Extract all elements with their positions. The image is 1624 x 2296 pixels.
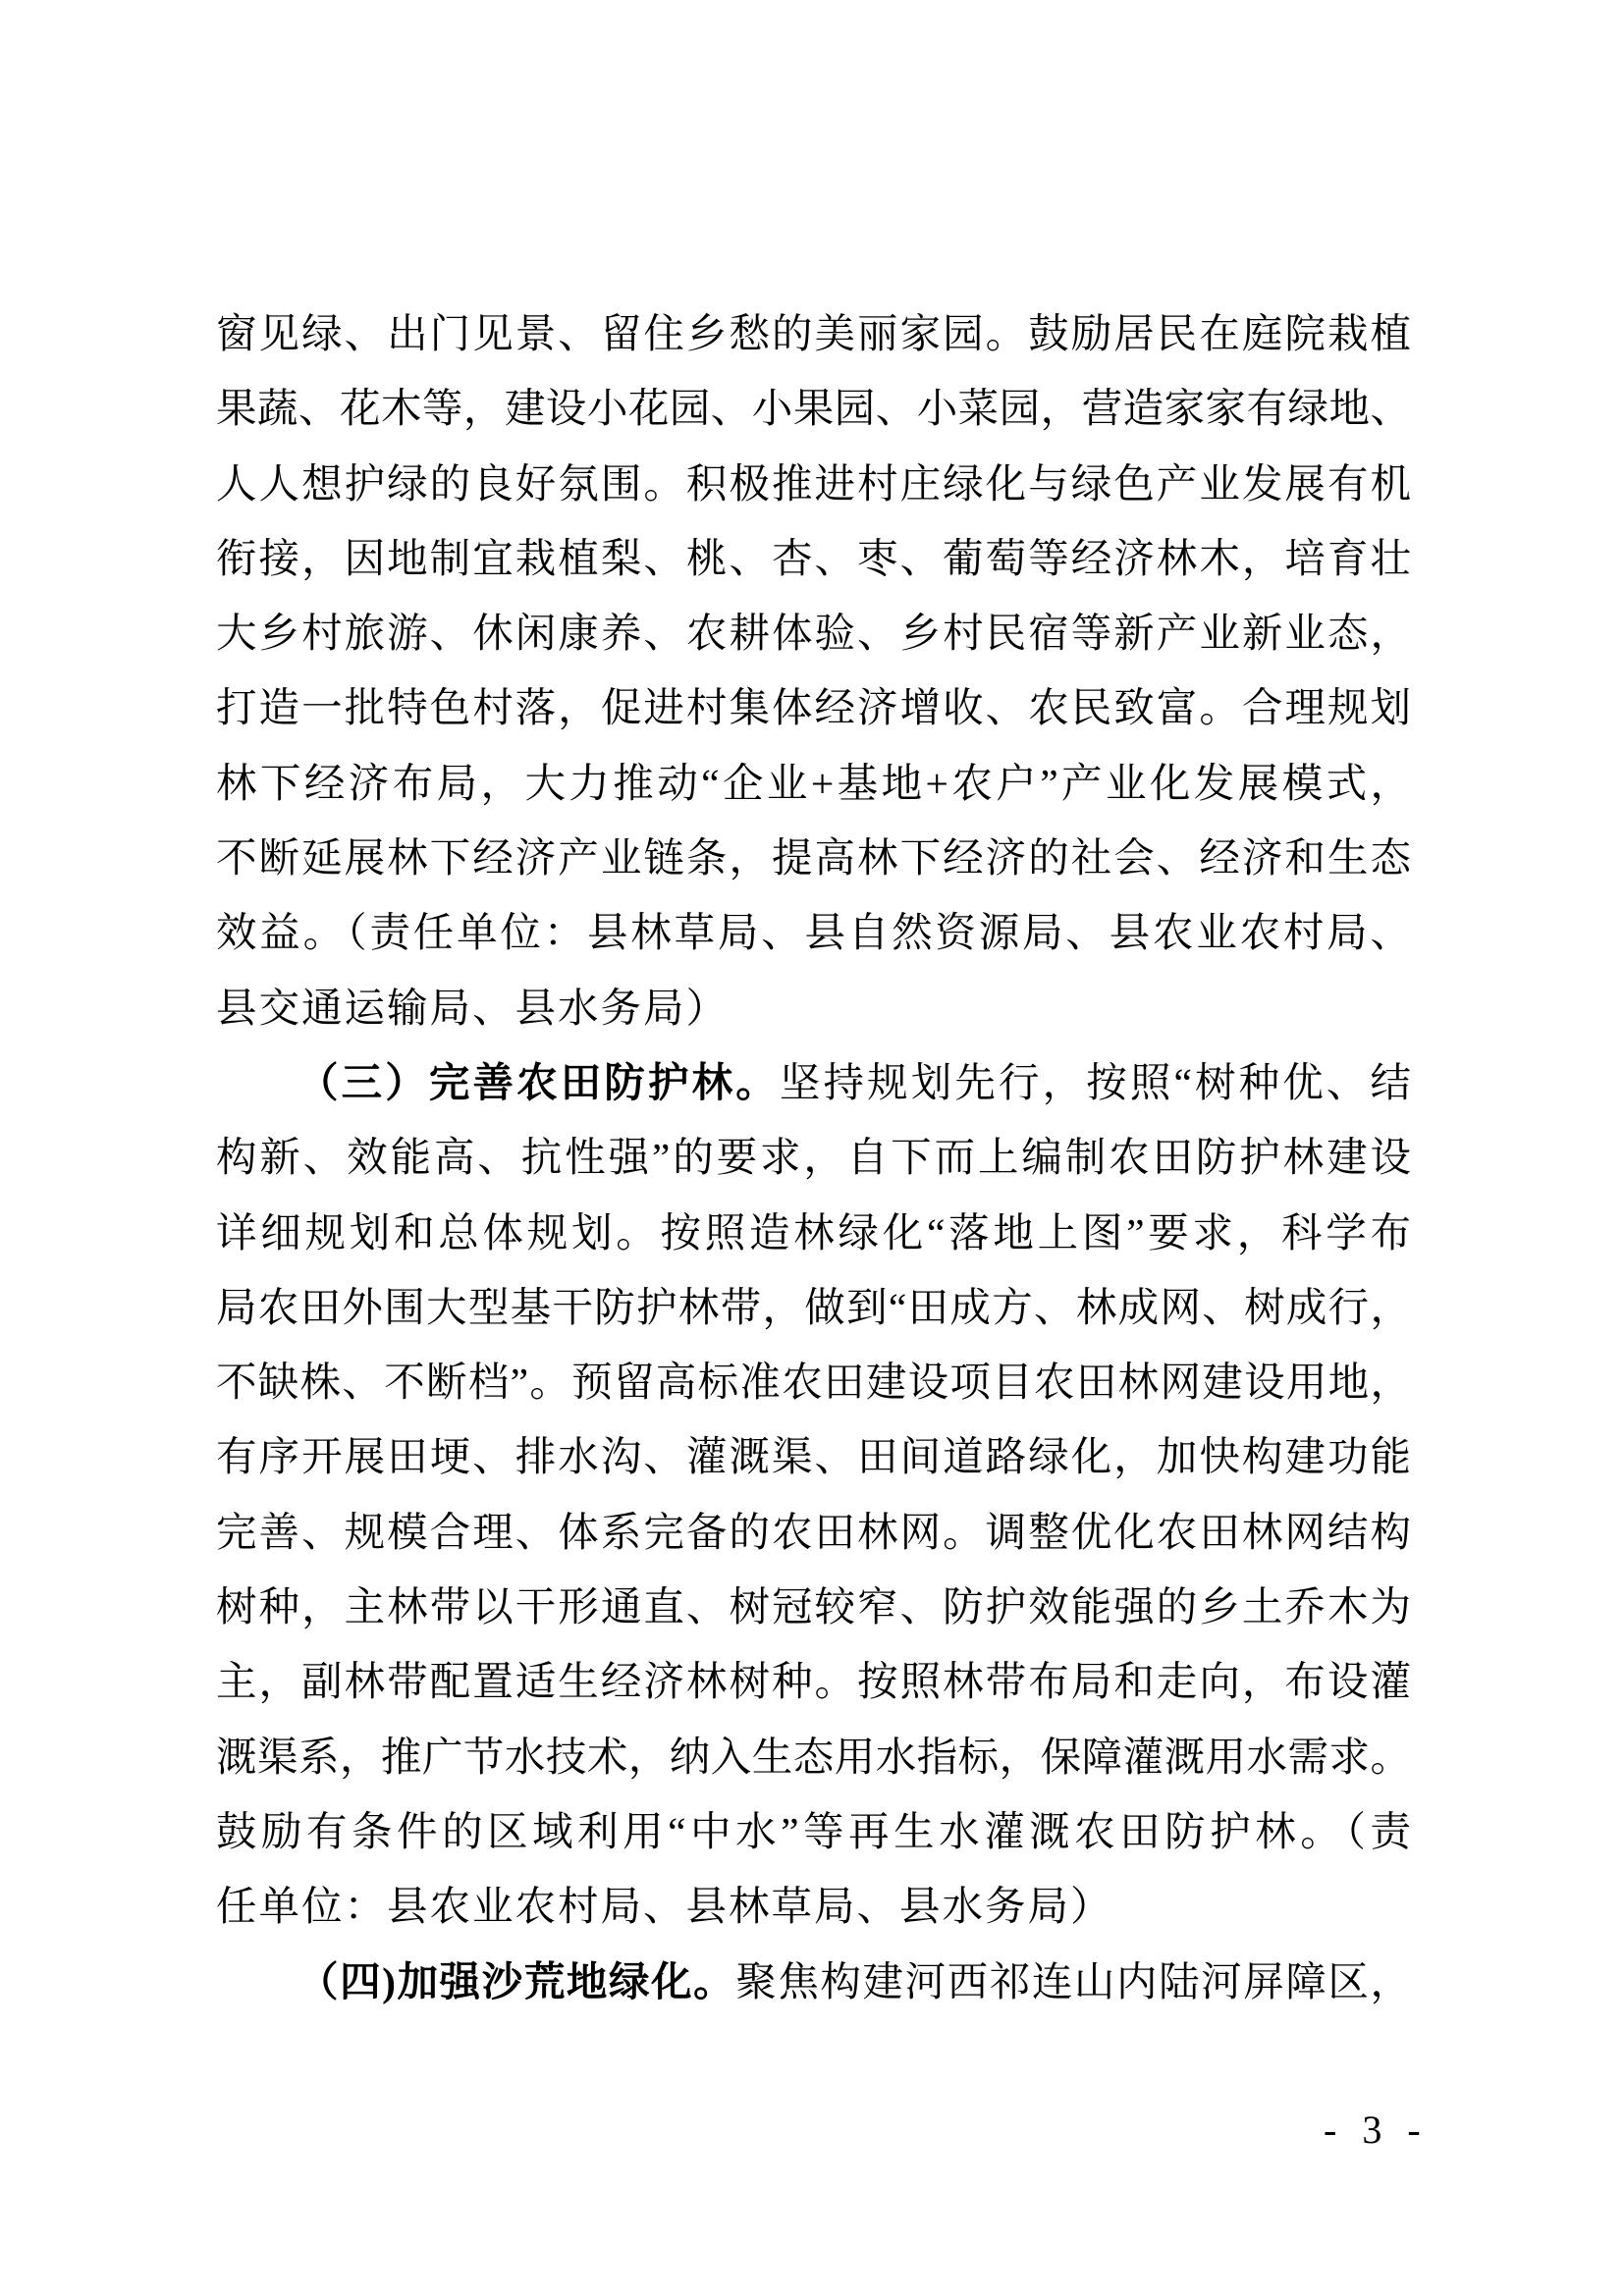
text-line: 效益。（责任单位：县林草局、县自然资源局、县农业农村局、 <box>216 895 1411 970</box>
section-heading: （三）完善农田防护林。 <box>298 1060 780 1105</box>
text-run: 不缺株、不断档”。预留高标准农田建设项目农田林网建设用地， <box>216 1360 1411 1405</box>
text-run: 局农田外围大型基干防护林带，做到“田成方、林成网、树成行， <box>216 1285 1411 1330</box>
text-line: 果蔬、花木等，建设小花园、小果园、小菜园，营造家家有绿地、 <box>216 371 1411 446</box>
text-line: 县交通运输局、县水务局） <box>216 971 1411 1045</box>
page-number: - 3 - <box>1324 2107 1426 2153</box>
text-line: 溉渠系，推广节水技术，纳入生态用水指标，保障灌溉用水需求。 <box>216 1720 1411 1794</box>
text-line: 不缺株、不断档”。预留高标准农田建设项目农田林网建设用地， <box>216 1345 1411 1419</box>
text-line: 衔接，因地制宜栽植梨、桃、杏、枣、葡萄等经济林木，培育壮 <box>216 521 1411 596</box>
text-run: 有序开展田埂、排水沟、灌溉渠、田间道路绿化，加快构建功能 <box>216 1434 1411 1479</box>
text-run: 溉渠系，推广节水技术，纳入生态用水指标，保障灌溉用水需求。 <box>216 1735 1411 1780</box>
text-line: 有序开展田埂、排水沟、灌溉渠、田间道路绿化，加快构建功能 <box>216 1419 1411 1494</box>
text-line: 局农田外围大型基干防护林带，做到“田成方、林成网、树成行， <box>216 1270 1411 1345</box>
text-run: 聚焦构建河西祁连山内陆河屏障区， <box>735 1959 1411 2004</box>
text-run: 坚持规划先行，按照“树种优、结 <box>780 1060 1411 1105</box>
text-line: 人人想护绿的良好氛围。积极推进村庄绿化与绿色产业发展有机 <box>216 447 1411 521</box>
text-run: 详细规划和总体规划。按照造林绿化“落地上图”要求，科学布 <box>216 1210 1411 1255</box>
text-line: 任单位：县农业农村局、县林草局、县水务局） <box>216 1869 1411 1944</box>
text-run: 衔接，因地制宜栽植梨、桃、杏、枣、葡萄等经济林木，培育壮 <box>216 536 1411 581</box>
text-run: 人人想护绿的良好氛围。积极推进村庄绿化与绿色产业发展有机 <box>216 461 1411 507</box>
text-run: 窗见绿、出门见景、留住乡愁的美丽家园。鼓励居民在庭院栽植 <box>216 311 1411 356</box>
text-line: 鼓励有条件的区域利用“中水”等再生水灌溉农田防护林。（责 <box>216 1794 1411 1869</box>
text-line: 树种，主林带以干形通直、树冠较窄、防护效能强的乡土乔木为 <box>216 1570 1411 1644</box>
document-page: 窗见绿、出门见景、留住乡愁的美丽家园。鼓励居民在庭院栽植 果蔬、花木等，建设小花… <box>0 0 1624 2296</box>
text-line: 详细规划和总体规划。按照造林绿化“落地上图”要求，科学布 <box>216 1196 1411 1270</box>
text-line: 构新、效能高、抗性强”的要求，自下而上编制农田防护林建设 <box>216 1120 1411 1195</box>
text-run: 完善、规模合理、体系完备的农田林网。调整优化农田林网结构 <box>216 1510 1411 1555</box>
section-heading-line: （三）完善农田防护林。坚持规划先行，按照“树种优、结 <box>216 1045 1411 1120</box>
text-run: 不断延展林下经济产业链条，提高林下经济的社会、经济和生态 <box>216 835 1411 881</box>
text-run: 县交通运输局、县水务局） <box>216 986 729 1031</box>
section-heading: （四)加强沙荒地绿化。 <box>298 1959 735 2004</box>
text-run: 树种，主林带以干形通直、树冠较窄、防护效能强的乡土乔木为 <box>216 1584 1411 1629</box>
text-line: 完善、规模合理、体系完备的农田林网。调整优化农田林网结构 <box>216 1495 1411 1570</box>
text-line: 不断延展林下经济产业链条，提高林下经济的社会、经济和生态 <box>216 821 1411 895</box>
text-run: 主，副林带配置适生经济林树种。按照林带布局和走向，布设灌 <box>216 1659 1411 1704</box>
text-run: 任单位：县农业农村局、县林草局、县水务局） <box>216 1884 1113 1929</box>
text-run: 果蔬、花木等，建设小花园、小果园、小菜园，营造家家有绿地、 <box>216 386 1411 431</box>
text-line: 主，副林带配置适生经济林树种。按照林带布局和走向，布设灌 <box>216 1644 1411 1719</box>
text-run: 效益。（责任单位：县林草局、县自然资源局、县农业农村局、 <box>216 910 1411 955</box>
text-run: 大乡村旅游、休闲康养、农耕体验、乡村民宿等新产业新业态， <box>216 611 1411 656</box>
body-text: 窗见绿、出门见景、留住乡愁的美丽家园。鼓励居民在庭院栽植 果蔬、花木等，建设小花… <box>216 296 1411 2019</box>
text-run: 打造一批特色村落，促进村集体经济增收、农民致富。合理规划 <box>216 685 1411 730</box>
text-line: 窗见绿、出门见景、留住乡愁的美丽家园。鼓励居民在庭院栽植 <box>216 296 1411 371</box>
text-line: 打造一批特色村落，促进村集体经济增收、农民致富。合理规划 <box>216 670 1411 745</box>
text-run: 构新、效能高、抗性强”的要求，自下而上编制农田防护林建设 <box>216 1135 1411 1180</box>
text-line: 林下经济布局，大力推动“企业+基地+农户”产业化发展模式， <box>216 746 1411 821</box>
section-heading-line: （四)加强沙荒地绿化。聚焦构建河西祁连山内陆河屏障区， <box>216 1945 1411 2019</box>
text-run: 鼓励有条件的区域利用“中水”等再生水灌溉农田防护林。（责 <box>216 1809 1411 1854</box>
text-line: 大乡村旅游、休闲康养、农耕体验、乡村民宿等新产业新业态， <box>216 596 1411 670</box>
text-run: 林下经济布局，大力推动“企业+基地+农户”产业化发展模式， <box>216 761 1411 806</box>
